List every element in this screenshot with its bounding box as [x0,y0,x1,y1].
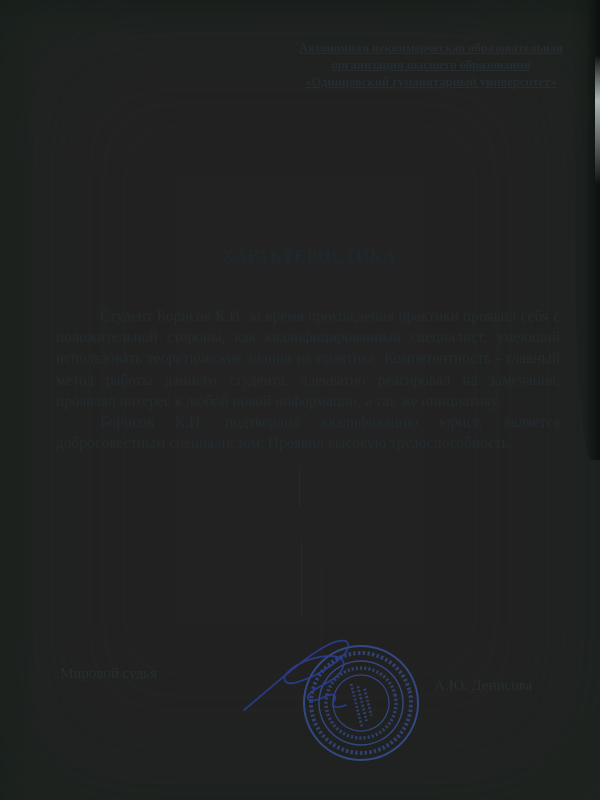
letterhead-line-2: организация высшего образования [292,57,570,74]
paper-crease-line [299,466,300,508]
paragraph: Борисов К.И. подтвердил квалификацию юри… [56,412,560,454]
paper-edge-highlight [595,55,600,185]
letterhead: Автономная некоммерческая образовательна… [292,40,570,91]
document-body: Студент Борисов К.И. за время прохождени… [56,306,560,454]
signer-position-label: Мировой судья [60,666,157,683]
photographed-document: Автономная некоммерческая образовательна… [0,0,600,800]
paper-crease-line [301,540,302,618]
letterhead-line-1: Автономная некоммерческая образовательна… [292,40,570,57]
handwritten-signature [236,628,381,728]
signer-name: А.Ю. Денисова [434,678,532,695]
document-title: ХАРАКТЕРИСТИКА [18,246,600,266]
letterhead-line-3: «Одинцовский гуманитарный университет» [292,74,570,91]
paragraph: Студент Борисов К.И. за время прохождени… [56,306,560,412]
